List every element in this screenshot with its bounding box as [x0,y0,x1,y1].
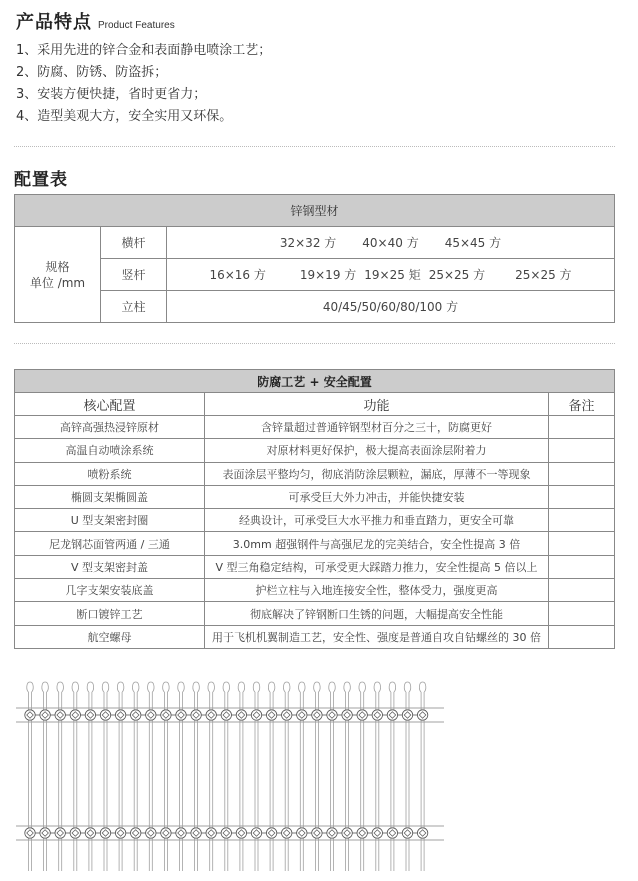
core-cell: 喷粉系统 [15,462,205,485]
table-row: 椭圆支架椭圆盖 可承受巨大外力冲击，并能快捷安装 [15,485,615,508]
spec-label: 规格 [15,259,100,275]
note-cell [549,602,615,625]
material-table-header: 锌钢型材 [15,195,615,227]
feature-item: 2、防腐、防锈、防盗拆； [16,62,271,84]
function-cell: 用于飞机机翼制造工艺，安全性、强度是普通自攻自钻螺丝的 30 倍 [205,625,549,648]
function-cell: 含锌量超过普通锌钢型材百分之三十，防腐更好 [205,416,549,439]
spec-label-cell: 规格 单位 /mm [15,227,101,323]
row-name: 竖杆 [101,259,167,291]
note-cell [549,416,615,439]
column-header: 核心配置 [15,393,205,416]
core-cell: 尼龙钢芯面管两通 / 三通 [15,532,205,555]
table-row: 尼龙钢芯面管两通 / 三通 3.0mm 超强钢件与高强尼龙的完美结合，安全性提高… [15,532,615,555]
core-cell: V 型支架密封盖 [15,555,205,578]
core-cell: 几字支架安装底盖 [15,579,205,602]
note-cell [549,579,615,602]
feature-item: 1、采用先进的锌合金和表面静电喷涂工艺； [16,40,271,62]
value: 45×45 方 [445,234,501,251]
table-row: 几字支架安装底盖 护栏立柱与入地连接安全性，整体受力，强度更高 [15,579,615,602]
table-row: 航空螺母 用于飞机机翼制造工艺，安全性、强度是普通自攻自钻螺丝的 30 倍 [15,625,615,648]
core-cell: U 型支架密封圈 [15,509,205,532]
safety-config-table: 防腐工艺 + 安全配置 核心配置 功能 备注 高锌高强热浸锌原材 含锌量超过普通… [14,369,615,649]
table-row: 高温自动喷涂系统 对原材料更好保护，极大提高表面涂层附着力 [15,439,615,462]
row-values: 40/45/50/60/80/100 方 [167,291,615,323]
features-title: 产品特点 [16,8,92,34]
value: 40×40 方 [362,234,418,251]
config-title: 配置表 [14,165,68,190]
spec-unit: 单位 /mm [15,275,100,291]
table-row: 喷粉系统 表面涂层平整均匀，彻底消防涂层颗粒，漏底，厚薄不一等现象 [15,462,615,485]
note-cell [549,532,615,555]
core-cell: 断口镀锌工艺 [15,602,205,625]
divider [14,146,615,147]
value: 19×25 矩 [364,266,420,283]
features-subtitle: Product Features [98,20,175,31]
table-row: V 型支架密封盖 V 型三角稳定结构，可承受更大踩踏力推力，安全性提高 5 倍以… [15,555,615,578]
value: 32×32 方 [280,234,336,251]
value: 19×19 方 [300,266,356,283]
function-cell: 彻底解决了锌钢断口生锈的问题，大幅提高安全性能 [205,602,549,625]
fence-illustration [14,678,444,878]
function-cell: 表面涂层平整均匀，彻底消防涂层颗粒，漏底，厚薄不一等现象 [205,462,549,485]
column-header: 功能 [205,393,549,416]
value: 25×25 方 [429,266,485,283]
table-row: 竖杆 16×16 方 19×19 方 19×25 矩 25×25 方 25×25… [15,259,615,291]
note-cell [549,462,615,485]
feature-item: 4、造型美观大方，安全实用又环保。 [16,106,271,128]
note-cell [549,439,615,462]
note-cell [549,485,615,508]
value: 25×25 方 [515,266,571,283]
table-row: U 型支架密封圈 经典设计，可承受巨大水平推力和垂直踏力，更安全可靠 [15,509,615,532]
column-header: 备注 [549,393,615,416]
function-cell: V 型三角稳定结构，可承受更大踩踏力推力，安全性提高 5 倍以上 [205,555,549,578]
material-spec-table: 锌钢型材 规格 单位 /mm 横杆 32×32 方 40×40 方 45×45 … [14,194,615,323]
value: 16×16 方 [209,266,265,283]
core-cell: 航空螺母 [15,625,205,648]
table-row: 规格 单位 /mm 横杆 32×32 方 40×40 方 45×45 方 [15,227,615,259]
function-cell: 可承受巨大外力冲击，并能快捷安装 [205,485,549,508]
function-cell: 护栏立柱与入地连接安全性，整体受力，强度更高 [205,579,549,602]
core-cell: 椭圆支架椭圆盖 [15,485,205,508]
row-values: 32×32 方 40×40 方 45×45 方 [167,227,615,259]
table-row: 立柱 40/45/50/60/80/100 方 [15,291,615,323]
safety-table-header: 防腐工艺 + 安全配置 [15,370,615,393]
table-row: 高锌高强热浸锌原材 含锌量超过普通锌钢型材百分之三十，防腐更好 [15,416,615,439]
feature-item: 3、安装方便快捷，省时更省力； [16,84,271,106]
core-cell: 高锌高强热浸锌原材 [15,416,205,439]
note-cell [549,555,615,578]
row-name: 横杆 [101,227,167,259]
table-row: 断口镀锌工艺 彻底解决了锌钢断口生锈的问题，大幅提高安全性能 [15,602,615,625]
features-header: 产品特点 Product Features [16,8,175,34]
row-values: 16×16 方 19×19 方 19×25 矩 25×25 方 25×25 方 [167,259,615,291]
function-cell: 3.0mm 超强钢件与高强尼龙的完美结合，安全性提高 3 倍 [205,532,549,555]
function-cell: 经典设计，可承受巨大水平推力和垂直踏力，更安全可靠 [205,509,549,532]
core-cell: 高温自动喷涂系统 [15,439,205,462]
function-cell: 对原材料更好保护，极大提高表面涂层附着力 [205,439,549,462]
column-header-row: 核心配置 功能 备注 [15,393,615,416]
row-name: 立柱 [101,291,167,323]
note-cell [549,625,615,648]
divider [14,343,615,344]
note-cell [549,509,615,532]
feature-list: 1、采用先进的锌合金和表面静电喷涂工艺； 2、防腐、防锈、防盗拆； 3、安装方便… [16,40,271,128]
